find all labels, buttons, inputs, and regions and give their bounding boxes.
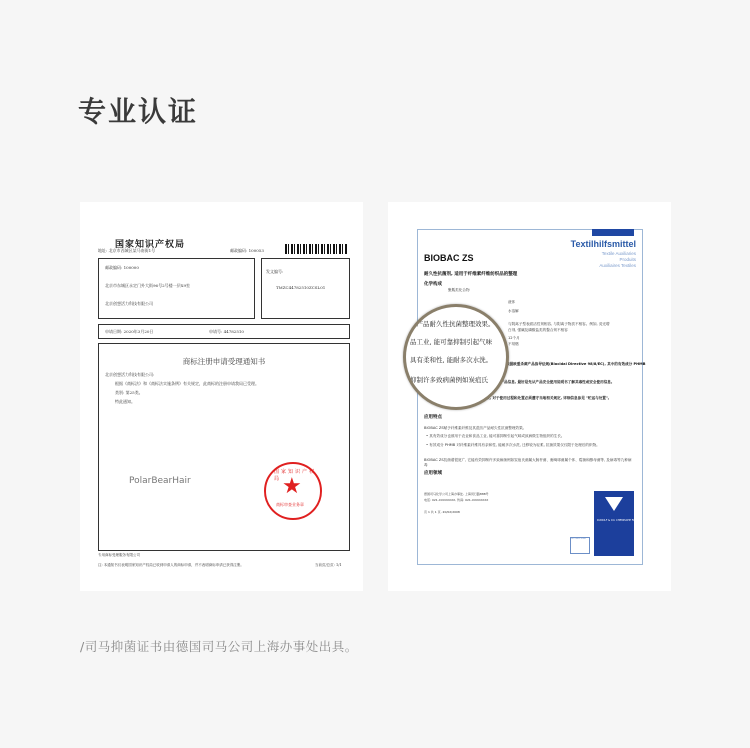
chem-line: 液体 <box>508 300 515 305</box>
use-bullet-text: 有效成分 PHMB 对纤维素纤维具有亲和性, 能耐多次水洗, 迁移较为轻柔, 抗… <box>429 443 600 447</box>
chem-line: 水溶解 <box>508 309 519 314</box>
brand-name: Textilhilfsmittel <box>571 239 636 249</box>
recipient-box: 邮政编码: 100000 北京市东城区永定门外大街96号2号楼一层X9室 北京创… <box>98 258 255 319</box>
star-icon: ★ <box>282 476 302 498</box>
chem-line: 12个月 <box>508 336 520 341</box>
triangle-logo-icon <box>605 497 623 511</box>
antibacterial-certificate-card: Textilhilfsmittel Textile Auxiliaries Pr… <box>388 202 671 591</box>
brand-sub-2: Produits <box>619 257 636 262</box>
doc-number-value: TMZC44782510ZCSL01 <box>276 285 325 290</box>
page-caption: /司马抑菌证书由德国司马公司上海办事处出具。 <box>80 637 358 655</box>
contact-line: 德国司马化学公司上海办事处, 上海闵行路888号 <box>424 492 489 496</box>
notice-body: 根据《商标法》和《商标法实施条例》有关规定，此商标的注册申请我局已受理。 <box>115 381 259 387</box>
notice-closing: 特此通知。 <box>115 399 135 405</box>
use-extra: BIOBAC ZS抗菌谱很宽广, 它能有效抑制许多致病菌例如炭疽氏菌属大肠杆菌、… <box>424 458 634 468</box>
magnified-line: 的产品耐久性抗菌整理效果。 <box>410 319 495 328</box>
notice-box: 商标注册申请受理通知书 北京创想活力科技有限公司: 根据《商标法》和《商标法实施… <box>98 343 350 551</box>
magnifier-lens: 的产品耐久性抗菌整理效果。 品工业, 能可靠抑制引起气味 具有柔和性, 能耐多次… <box>403 304 509 410</box>
section-chemistry: 化学构成 <box>424 281 442 287</box>
notice-category: 类别: 第25类。 <box>115 390 143 396</box>
barcode <box>285 244 347 254</box>
address-line: 地址: 北京市西城区某马南街1号 <box>98 248 155 254</box>
magnified-line: 抑制许多致病菌例如炭疽氏 <box>410 375 488 384</box>
recipient-address: 北京市东城区永定门外大街96号2号楼一层X9室 <box>105 283 190 289</box>
chem-line: 白剂, 强碱及磷酸盐类的螯合剂不相容 <box>508 328 568 333</box>
iso-stamp: ISO 9001:2000 <box>570 537 590 554</box>
application-date: 申请日期: 2020年3月20日 <box>105 329 153 335</box>
directive-line: 根据欧盟杀菌产品指导法规(Biocidal Directive 98/8/EC)… <box>506 362 645 367</box>
brand-sub-3: Auxiliaires Textiles <box>599 263 636 268</box>
footer-issuer: 专用商标受理服务有限公司 <box>98 553 140 558</box>
page-title: 专业认证 <box>78 90 198 130</box>
contact-line: 电话: 021-XXXXXXXX, 传真: 021-XXXXXXXX <box>424 498 488 502</box>
trademark-name: PolarBearHair <box>129 476 191 486</box>
trademark-certificate-card: 国家知识产权局 地址: 北京市西城区某马南街1号 邮政编码: 100053 邮政… <box>80 202 363 591</box>
product-datasheet: Textilhilfsmittel Textile Auxiliaries Pr… <box>417 229 643 565</box>
use-bullet-text: 其有效成分也被用于农业和食品工业, 能可靠抑制引起气味或致病微生物组织的生长。 <box>429 434 564 438</box>
chem-line: 与阴离子型表面活性剂相容, 与阴离子物质不相容。例如, 荧光增 <box>508 322 610 327</box>
contact-line: 页 1 共 1 页, 20/02/2008 <box>424 510 460 514</box>
footer-page: 当前页/总页: 1/1 <box>315 563 342 568</box>
recipient-company: 北京创想活力科技有限公司 <box>105 301 153 307</box>
notice-title: 商标注册申请受理通知书 <box>99 356 349 367</box>
seal-inner-text: 商标审查业务章 <box>276 502 304 508</box>
use-bullet: • 其有效成分也被用于农业和食品工业, 能可靠抑制引起气味或致病微生物组织的生长… <box>426 434 565 439</box>
company-logo: RUDOLF & CO. CHEMISCHE FABRIK <box>594 491 634 556</box>
postal-code-line: 邮政编码: 100053 <box>230 248 264 254</box>
notice-recipient: 北京创想活力科技有限公司: <box>105 372 154 378</box>
application-number: 申请号: 44782510 <box>209 329 244 335</box>
product-subtitle: 耐久性抗菌剂, 适用于纤维素纤维纺织品的整理 <box>424 271 517 277</box>
application-info-box: 申请日期: 2020年3月20日 申请号: 44782510 <box>98 324 350 339</box>
section-application: 应用领域 <box>424 470 442 476</box>
use-bullet: • 有效成分 PHMB 对纤维素纤维具有亲和性, 能耐多次水洗, 迁移较为轻柔,… <box>426 443 636 448</box>
product-name: BIOBAC ZS <box>424 253 474 263</box>
section-use: 应用特点 <box>424 414 442 420</box>
doc-number-label: 发文编号: <box>266 269 283 275</box>
document-number-box: 发文编号: TMZC44782510ZCSL01 <box>261 258 350 319</box>
magnified-line: 具有柔和性, 能耐多次水洗。 <box>410 355 492 364</box>
brand-sub-1: Textile Auxiliaries <box>602 251 636 256</box>
official-seal: 国家知识产权局 ★ 商标审查业务章 <box>264 462 322 520</box>
brand-tab <box>592 229 634 236</box>
magnified-line: 品工业, 能可靠抑制引起气味 <box>410 337 492 346</box>
footer-note: 注: 本通知书仅表明国家知识产权局已收到申请人的商标申请，并不表明商标申请已获得… <box>98 563 244 568</box>
chem-line: 不易燃 <box>508 342 519 347</box>
logo-text: RUDOLF & CO. CHEMISCHE FABRIK <box>597 519 640 522</box>
use-intro: BIOBAC ZS赋予纤维素纤维及其混纺产品耐久性抗菌整理效果。 <box>424 426 526 431</box>
recipient-postal: 邮政编码: 100000 <box>105 265 139 271</box>
chem-line: 聚胍类化合物 <box>448 288 470 293</box>
